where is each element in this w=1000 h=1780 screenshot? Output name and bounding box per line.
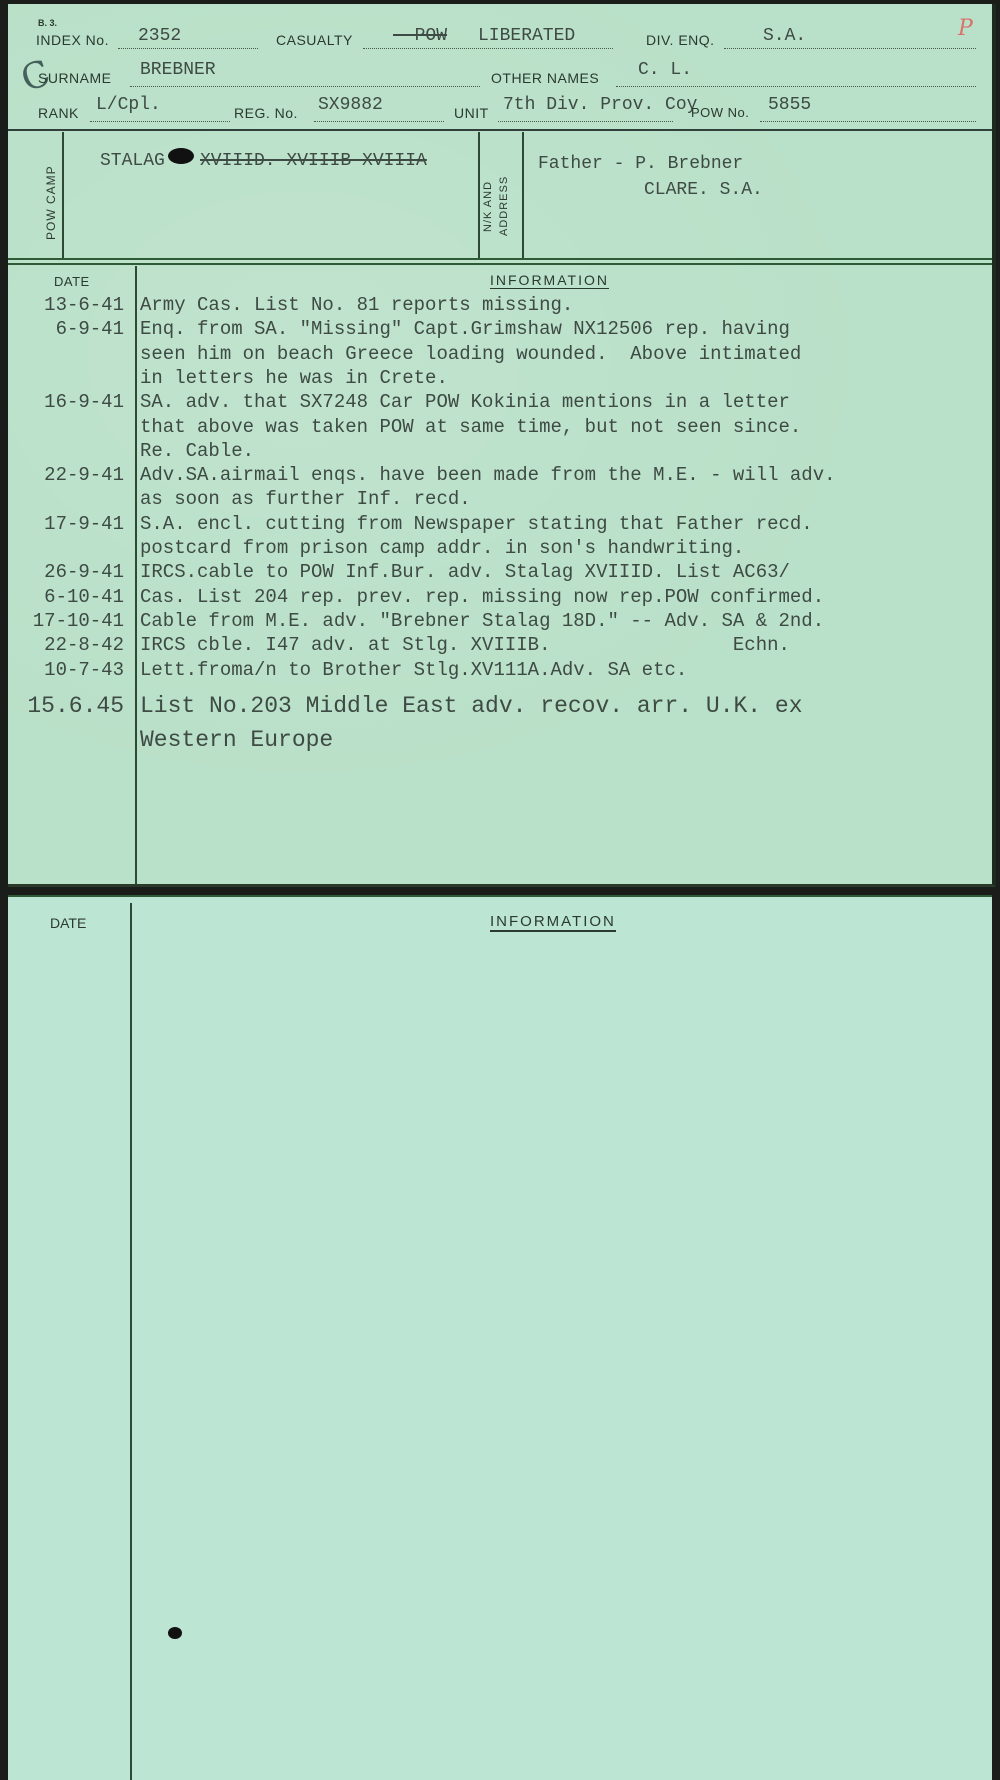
log-entry-row: 10-7-43Lett.froma/n to Brother Stlg.XV11… — [8, 659, 992, 683]
pow-camp-prefix: STALAG — [100, 151, 165, 171]
log-entry-date: 17-9-41 — [44, 513, 124, 535]
log-entry-text: IRCS.cable to POW Inf.Bur. adv. Stalag X… — [140, 561, 790, 583]
punch-hole — [168, 148, 194, 164]
nk-and-label: N/K AND — [482, 181, 494, 232]
address-label: ADDRESS — [498, 176, 510, 236]
nk-line-1: Father - P. Brebner — [538, 154, 743, 174]
handwritten-corner-mark: P — [958, 16, 973, 41]
log-entry-row: 26-9-41IRCS.cable to POW Inf.Bur. adv. S… — [8, 561, 992, 585]
log-entry-row: 17-10-41Cable from M.E. adv. "Brebner St… — [8, 610, 992, 634]
log-entry-row: 17-9-41S.A. encl. cutting from Newspaper… — [8, 513, 992, 537]
log-entry-text: Re. Cable. — [140, 440, 254, 462]
log-entry-date: 22-9-41 — [44, 464, 124, 486]
log-entry-row: 22-9-41Adv.SA.airmail enqs. have been ma… — [8, 464, 992, 488]
log-entry-date: 17-10-41 — [33, 610, 124, 632]
index-no-value: 2352 — [138, 26, 181, 46]
log-entry-text: seen him on beach Greece loading wounded… — [140, 343, 801, 365]
log-entry-date: 22-8-42 — [44, 634, 124, 656]
information-column-header: INFORMATION — [490, 272, 609, 289]
log-entry-text: IRCS cble. I47 adv. at Stlg. XVIIIB. Ech… — [140, 634, 790, 656]
record-card-back: DATE INFORMATION — [8, 895, 992, 1780]
casualty-label: CASUALTY — [276, 32, 353, 48]
nk-line-2: CLARE. S.A. — [644, 180, 763, 200]
log-entry-text: that above was taken POW at same time, b… — [140, 416, 801, 438]
log-entry-row: seen him on beach Greece loading wounded… — [8, 343, 992, 367]
punch-hole — [168, 1627, 182, 1639]
other-names-label: OTHER NAMES — [491, 70, 599, 86]
log-entry-text: List No.203 Middle East adv. recov. arr.… — [140, 693, 803, 719]
log-entry-row: 13-6-41Army Cas. List No. 81 reports mis… — [8, 294, 992, 318]
log-entry-row: as soon as further Inf. recd. — [8, 488, 992, 512]
log-entry-text: as soon as further Inf. recd. — [140, 488, 471, 510]
log-entry-date: 26-9-41 — [44, 561, 124, 583]
log-entry-row: that above was taken POW at same time, b… — [8, 416, 992, 440]
log-entry-text: Cas. List 204 rep. prev. rep. missing no… — [140, 586, 824, 608]
casualty-struck-value: - POW — [393, 26, 447, 46]
pow-no-value: 5855 — [768, 95, 811, 115]
reg-no-label: REG. No. — [234, 105, 298, 121]
pow-no-label: POW No. — [691, 105, 749, 120]
log-entry-text: Lett.froma/n to Brother Stlg.XV111A.Adv.… — [140, 659, 687, 681]
log-entry-date: 13-6-41 — [44, 294, 124, 316]
log-entry-row: 6-9-41Enq. from SA. "Missing" Capt.Grims… — [8, 318, 992, 342]
casualty-value: LIBERATED — [478, 26, 575, 46]
surname-label: SURNAME — [38, 70, 112, 86]
div-enq-value: S.A. — [763, 26, 806, 46]
rank-label: RANK — [38, 105, 79, 121]
unit-label: UNIT — [454, 105, 489, 121]
other-names-value: C. L. — [638, 60, 692, 80]
log-entry-row: in letters he was in Crete. — [8, 367, 992, 391]
form-code: B. 3. — [38, 18, 57, 28]
pow-camp-label: POW CAMP — [44, 165, 58, 240]
log-entry-text: Adv.SA.airmail enqs. have been made from… — [140, 464, 836, 486]
unit-value: 7th Div. Prov. Coy — [503, 95, 697, 115]
rank-value: L/Cpl. — [96, 95, 161, 115]
back-date-header: DATE — [50, 915, 86, 931]
log-entry-text: in letters he was in Crete. — [140, 367, 448, 389]
log-entry-date: 16-9-41 — [44, 391, 124, 413]
pow-camp-struck: XVIIID. XVIIIB XVIIIA — [200, 151, 427, 171]
log-entry-row: 16-9-41SA. adv. that SX7248 Car POW Koki… — [8, 391, 992, 415]
log-entry-text: Army Cas. List No. 81 reports missing. — [140, 294, 573, 316]
log-entry-row: 6-10-41Cas. List 204 rep. prev. rep. mis… — [8, 586, 992, 610]
surname-value: BREBNER — [140, 60, 216, 80]
log-entry-date: 10-7-43 — [44, 659, 124, 681]
log-entry-row: postcard from prison camp addr. in son's… — [8, 537, 992, 561]
back-information-header: INFORMATION — [490, 913, 616, 932]
log-entry-date: 6-10-41 — [44, 586, 124, 608]
log-entry-row: 22-8-42IRCS cble. I47 adv. at Stlg. XVII… — [8, 634, 992, 658]
div-enq-label: DIV. ENQ. — [646, 32, 715, 48]
log-entry-row: Re. Cable. — [8, 440, 992, 464]
index-no-label: INDEX No. — [36, 32, 109, 48]
log-entry-text: S.A. encl. cutting from Newspaper statin… — [140, 513, 813, 535]
log-entry-text: Western Europe — [140, 727, 333, 753]
log-entry-text: SA. adv. that SX7248 Car POW Kokinia men… — [140, 391, 790, 413]
log-entry-row: 15.6.45List No.203 Middle East adv. reco… — [8, 693, 992, 717]
record-card-front: C P B. 3. INDEX No. 2352 CASUALTY - POW … — [8, 4, 996, 887]
log-entry-date: 6-9-41 — [56, 318, 124, 340]
date-column-header: DATE — [54, 274, 90, 289]
log-entry-date: 15.6.45 — [27, 693, 124, 719]
log-entry-text: Cable from M.E. adv. "Brebner Stalag 18D… — [140, 610, 824, 632]
log-entry-row: Western Europe — [8, 727, 992, 751]
log-entry-text: Enq. from SA. "Missing" Capt.Grimshaw NX… — [140, 318, 790, 340]
reg-no-value: SX9882 — [318, 95, 383, 115]
log-entry-text: postcard from prison camp addr. in son's… — [140, 537, 744, 559]
